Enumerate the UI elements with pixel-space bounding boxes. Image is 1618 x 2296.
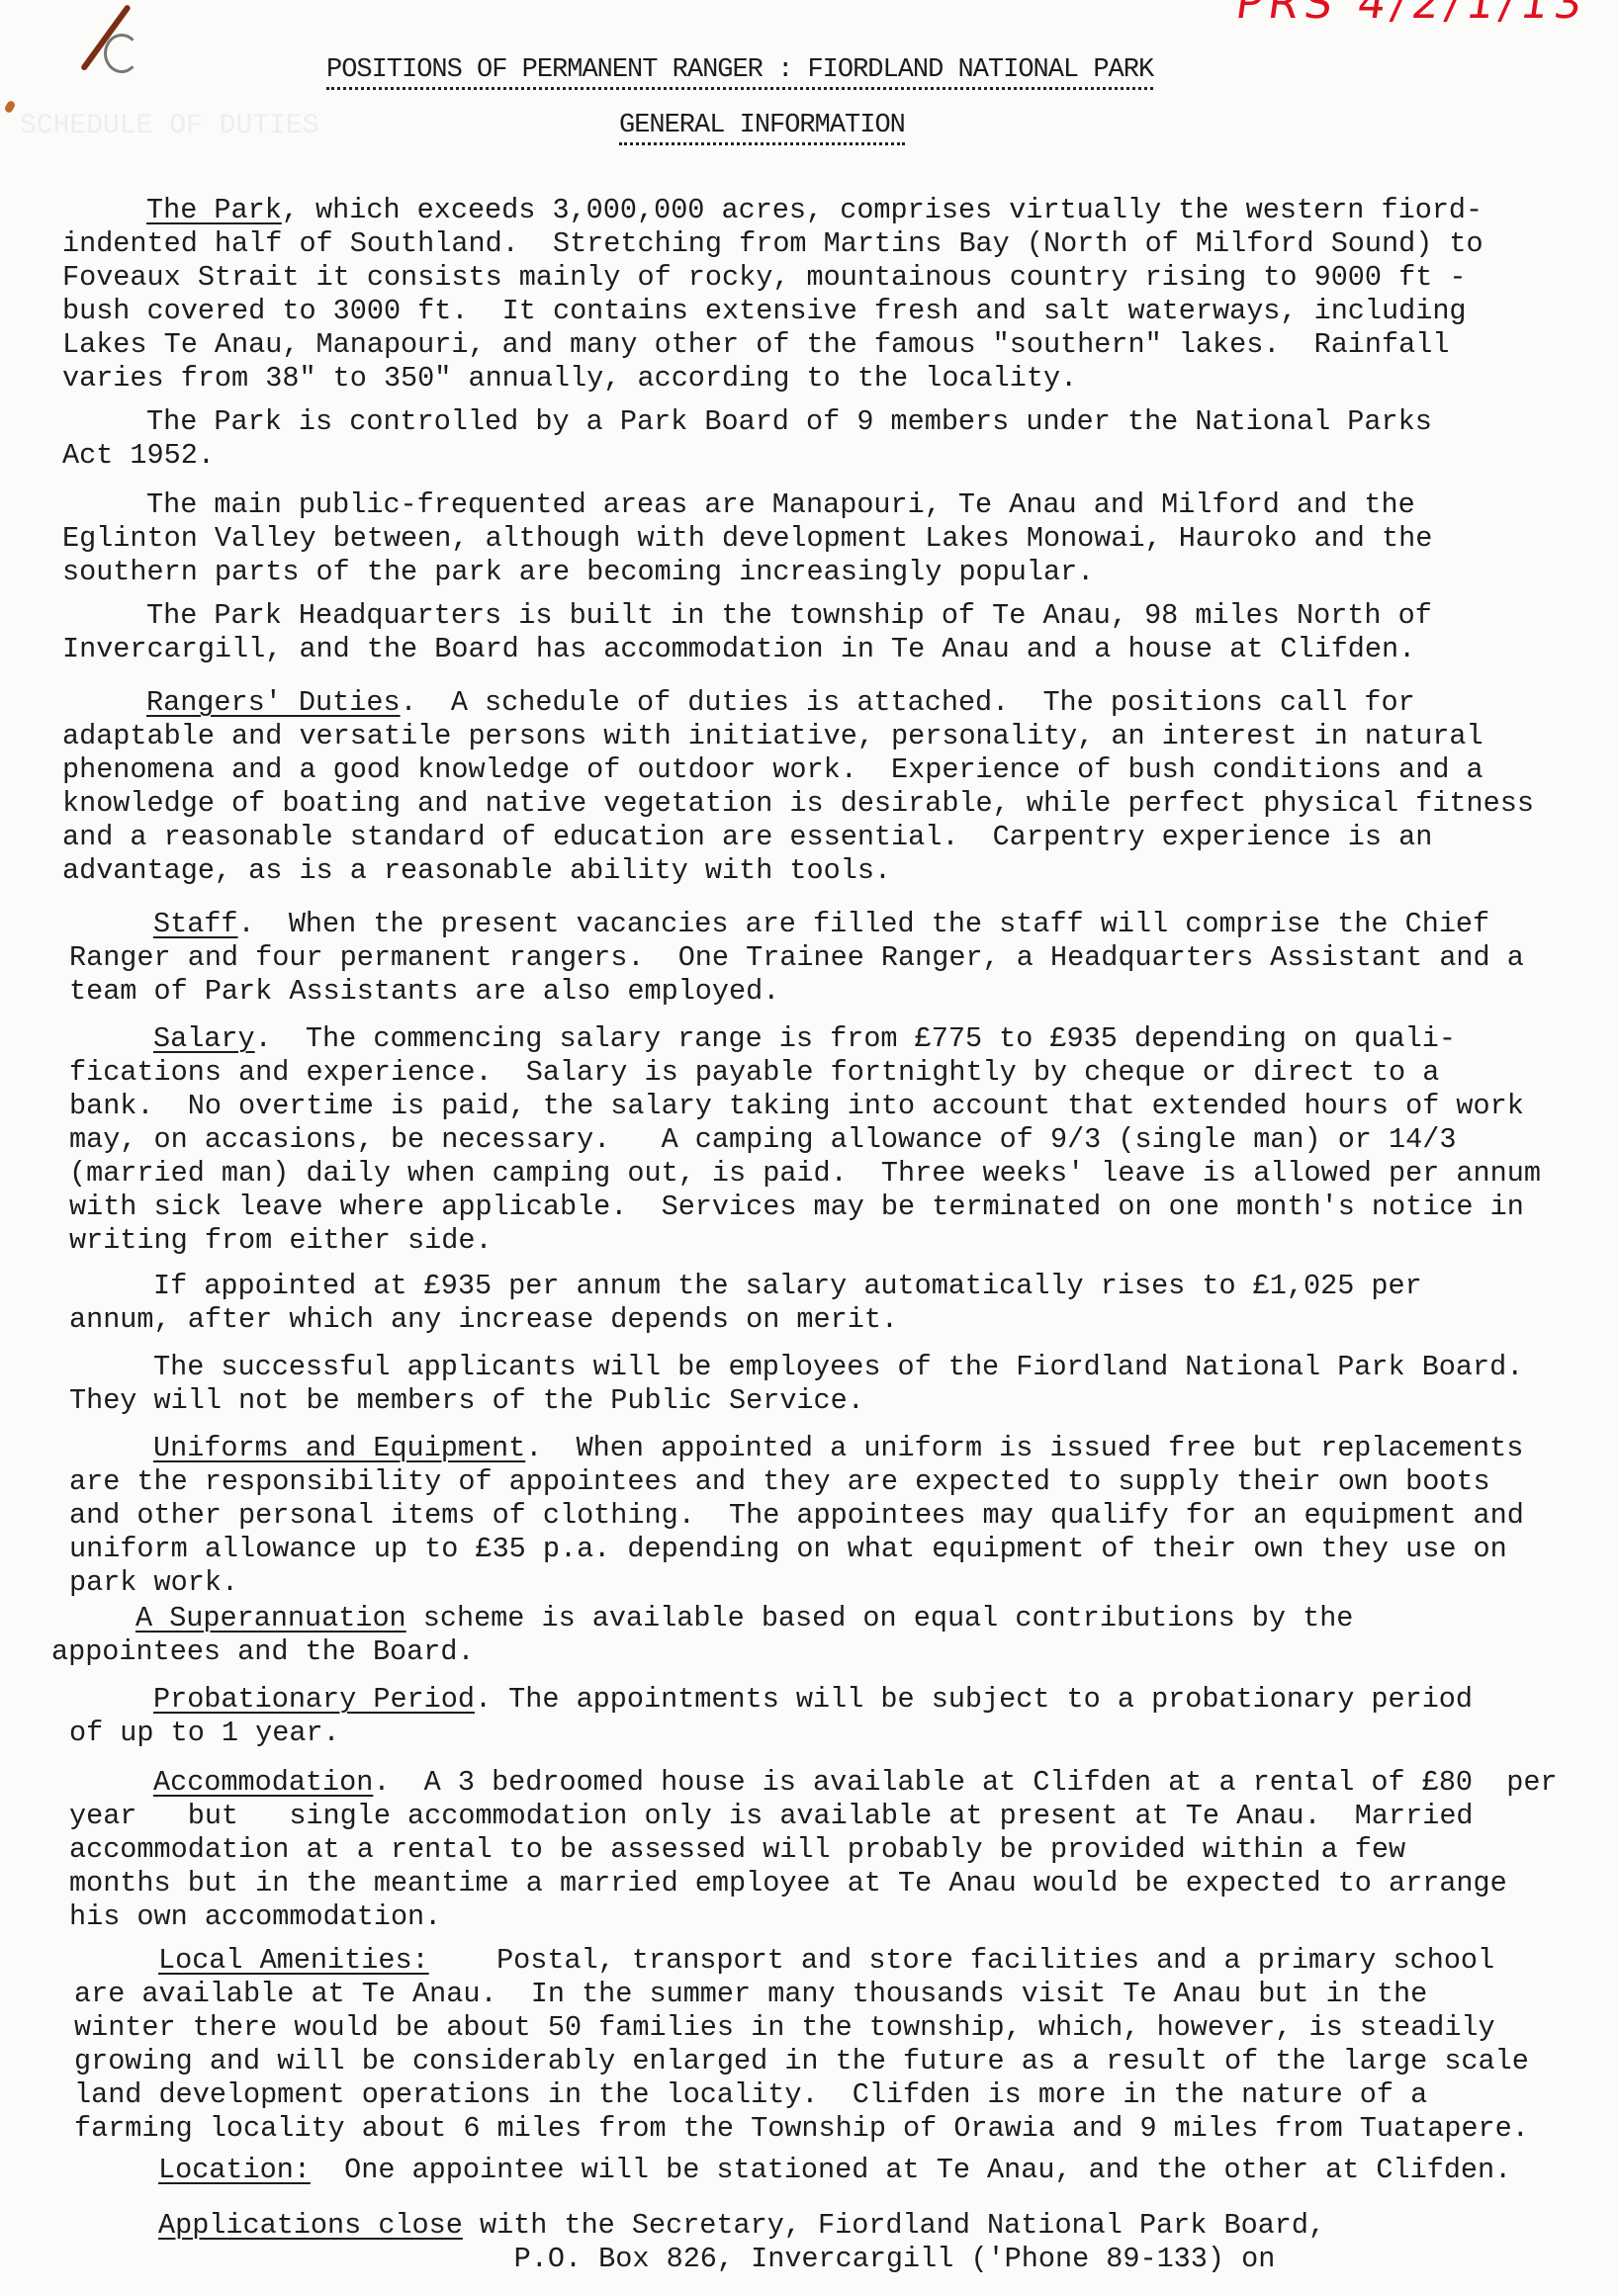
text-line: bush covered to 3000 ft. It contains ext… bbox=[62, 295, 1566, 328]
paragraph-heading: Salary bbox=[153, 1022, 255, 1055]
text-line: (married man) daily when camping out, is… bbox=[69, 1157, 1573, 1191]
text-line: Accommodation. A 3 bedroomed house is av… bbox=[69, 1766, 1573, 1800]
text-line: park work. bbox=[69, 1566, 1573, 1600]
document-subtitle: GENERAL INFORMATION bbox=[619, 111, 905, 145]
text-line: may, on accasions, be necessary. A campi… bbox=[69, 1123, 1573, 1157]
paragraph: If appointed at £935 per annum the salar… bbox=[69, 1270, 1573, 1337]
text-line: bank. No overtime is paid, the salary ta… bbox=[69, 1090, 1573, 1123]
document-title: POSITIONS OF PERMANENT RANGER : FIORDLAN… bbox=[326, 55, 1153, 90]
stamp-c-mark bbox=[104, 34, 139, 73]
text-line: Staff. When the present vacancies are fi… bbox=[69, 908, 1573, 941]
text-line: P.O. Box 826, Invercargill ('Phone 89-13… bbox=[74, 2243, 1577, 2276]
text-line: Rangers' Duties. A schedule of duties is… bbox=[62, 686, 1566, 720]
text-line: phenomena and a good knowledge of outdoo… bbox=[62, 753, 1566, 787]
text-line: farming locality about 6 miles from the … bbox=[74, 2112, 1577, 2146]
text-line: land development operations in the local… bbox=[74, 2078, 1577, 2112]
text-line: southern parts of the park are becoming … bbox=[62, 556, 1566, 589]
text-line: adaptable and versatile persons with ini… bbox=[62, 720, 1566, 753]
paragraph-heading: Uniforms and Equipment bbox=[153, 1432, 525, 1464]
text-line: The Park, which exceeds 3,000,000 acres,… bbox=[62, 194, 1566, 227]
paragraph: Staff. When the present vacancies are fi… bbox=[69, 908, 1573, 1009]
paragraph: Probationary Period. The appointments wi… bbox=[69, 1683, 1573, 1750]
text-line: appointees and the Board. bbox=[51, 1635, 1555, 1669]
text-line: A Superannuation scheme is available bas… bbox=[51, 1602, 1555, 1635]
text-line: year but single accommodation only is av… bbox=[69, 1800, 1573, 1833]
scanned-page: PRS 4/2/1/13 SCHEDULE OF DUTIES POSITION… bbox=[0, 0, 1618, 2296]
text-line: annum, after which any increase depends … bbox=[69, 1303, 1573, 1337]
text-line: Uniforms and Equipment. When appointed a… bbox=[69, 1432, 1573, 1465]
text-line: advantage, as is a reasonable ability wi… bbox=[62, 854, 1566, 888]
text-line: accommodation at a rental to be assessed… bbox=[69, 1833, 1573, 1867]
text-line: Local Amenities: Postal, transport and s… bbox=[74, 1944, 1577, 1978]
text-line: The successful applicants will be employ… bbox=[69, 1351, 1573, 1384]
text-line: Ranger and four permanent rangers. One T… bbox=[69, 941, 1573, 975]
text-line: The Park Headquarters is built in the to… bbox=[62, 599, 1566, 633]
paragraph-heading: Staff bbox=[153, 908, 238, 940]
text-line: indented half of Southland. Stretching f… bbox=[62, 227, 1566, 261]
paragraph-heading: Location: bbox=[158, 2154, 311, 2186]
red-handwritten-reference: PRS 4/2/1/13 bbox=[1232, 0, 1591, 29]
text-line: are available at Te Anau. In the summer … bbox=[74, 1978, 1577, 2011]
paragraph: The main public-frequented areas are Man… bbox=[62, 488, 1566, 589]
text-line: Act 1952. bbox=[62, 439, 1566, 473]
text-line: If appointed at £935 per annum the salar… bbox=[69, 1270, 1573, 1303]
text-line: winter there would be about 50 families … bbox=[74, 2011, 1577, 2045]
text-line: Probationary Period. The appointments wi… bbox=[69, 1683, 1573, 1717]
text-line: writing from either side. bbox=[69, 1224, 1573, 1258]
text-line: Invercargill, and the Board has accommod… bbox=[62, 633, 1566, 666]
paragraph: Rangers' Duties. A schedule of duties is… bbox=[62, 686, 1566, 888]
text-line: growing and will be considerably enlarge… bbox=[74, 2045, 1577, 2078]
paragraph-heading: Local Amenities: bbox=[158, 1944, 429, 1977]
paragraph-heading: Applications close bbox=[158, 2209, 463, 2242]
text-line: knowledge of boating and native vegetati… bbox=[62, 787, 1566, 821]
paragraph-heading: A Superannuation bbox=[135, 1602, 406, 1634]
paragraph: Applications close with the Secretary, F… bbox=[74, 2209, 1577, 2276]
text-line: The main public-frequented areas are Man… bbox=[62, 488, 1566, 522]
paragraph: The Park is controlled by a Park Board o… bbox=[62, 405, 1566, 473]
text-line: uniform allowance up to £35 p.a. dependi… bbox=[69, 1533, 1573, 1566]
text-line: Lakes Te Anau, Manapouri, and many other… bbox=[62, 328, 1566, 362]
text-line: team of Park Assistants are also employe… bbox=[69, 975, 1573, 1009]
text-line: are the responsibility of appointees and… bbox=[69, 1465, 1573, 1499]
paragraph: The Park, which exceeds 3,000,000 acres,… bbox=[62, 194, 1566, 396]
paragraph-heading: Probationary Period bbox=[153, 1683, 475, 1716]
paragraph: Local Amenities: Postal, transport and s… bbox=[74, 1944, 1577, 2146]
text-line: varies from 38" to 350" annually, accord… bbox=[62, 362, 1566, 396]
ink-dot-mark bbox=[4, 100, 17, 114]
paragraph-heading: Accommodation bbox=[153, 1766, 373, 1799]
text-line: Location: One appointee will be statione… bbox=[74, 2154, 1577, 2187]
text-line: months but in the meantime a married emp… bbox=[69, 1867, 1573, 1900]
paragraph-heading: The Park bbox=[146, 194, 282, 226]
paragraph: The Park Headquarters is built in the to… bbox=[62, 599, 1566, 666]
text-line: and a reasonable standard of education a… bbox=[62, 821, 1566, 854]
text-line: and other personal items of clothing. Th… bbox=[69, 1499, 1573, 1533]
paragraph: The successful applicants will be employ… bbox=[69, 1351, 1573, 1418]
text-line: Salary. The commencing salary range is f… bbox=[69, 1022, 1573, 1056]
text-line: of up to 1 year. bbox=[69, 1717, 1573, 1750]
paragraph-heading: Rangers' Duties bbox=[146, 686, 401, 719]
text-line: fications and experience. Salary is paya… bbox=[69, 1056, 1573, 1090]
paragraph: Salary. The commencing salary range is f… bbox=[69, 1022, 1573, 1258]
text-line: Eglinton Valley between, although with d… bbox=[62, 522, 1566, 556]
text-line: Applications close with the Secretary, F… bbox=[74, 2209, 1577, 2243]
paragraph: Location: One appointee will be statione… bbox=[74, 2154, 1577, 2187]
paragraph: Accommodation. A 3 bedroomed house is av… bbox=[69, 1766, 1573, 1934]
paragraph: A Superannuation scheme is available bas… bbox=[51, 1602, 1555, 1669]
text-line: with sick leave where applicable. Servic… bbox=[69, 1191, 1573, 1224]
paragraph: Uniforms and Equipment. When appointed a… bbox=[69, 1432, 1573, 1600]
show-through-heading: SCHEDULE OF DUTIES bbox=[20, 111, 318, 141]
text-line: Foveaux Strait it consists mainly of roc… bbox=[62, 261, 1566, 295]
text-line: They will not be members of the Public S… bbox=[69, 1384, 1573, 1418]
text-line: his own accommodation. bbox=[69, 1900, 1573, 1934]
text-line: The Park is controlled by a Park Board o… bbox=[62, 405, 1566, 439]
